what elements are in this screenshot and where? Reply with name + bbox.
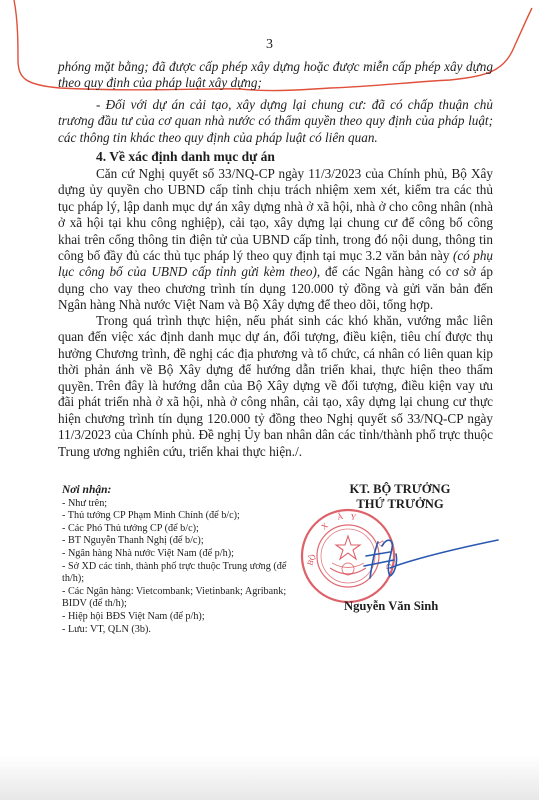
recipients-block: Nơi nhận: - Như trên; - Thủ tướng CP Phạ… [62,484,292,636]
section-4: 4. Về xác định danh mục dự án [58,149,493,165]
paragraph-3-text: Trên đây là hướng dẫn của Bộ Xây dựng về… [58,378,493,460]
renovation-item: - Đối với dự án cải tạo, xây dựng lại ch… [58,97,493,146]
recipient-item: - Sở XD các tỉnh, thành phố trực thuộc T… [62,561,292,586]
page-bottom-shadow [0,755,539,800]
handwritten-signature-icon [360,534,500,584]
recipient-item: - Như trên; [62,498,292,511]
section-heading: 4. Về xác định danh mục dự án [58,149,493,165]
paragraph-3: Trên đây là hướng dẫn của Bộ Xây dựng về… [58,378,493,460]
recipient-item: - Ngân hàng Nhà nước Việt Nam (để p/h); [62,548,292,561]
recipient-item: - Lưu: VT, QLN (3b). [62,624,292,637]
recipient-item: - Các Ngân hàng: Vietcombank; Vietinbank… [62,586,292,611]
continued-condition-text: phóng mặt bằng; đã được cấp phép xây dựn… [58,59,493,92]
svg-text:X: X [320,521,330,532]
paragraph-1: Căn cứ Nghị quyết số 33/NQ-CP ngày 11/3/… [58,166,493,314]
signer-name: Nguyễn Văn Sinh [344,599,438,614]
svg-text:Y: Y [350,512,357,522]
signature-title-line-1: KT. BỘ TRƯỞNG [300,482,500,497]
svg-text:BỘ: BỘ [304,553,317,567]
recipients-title: Nơi nhận: [62,484,292,497]
page-number: 3 [0,37,539,53]
recipient-item: - Các Phó Thủ tướng CP (để b/c); [62,523,292,536]
continued-text: phóng mặt bằng; đã được cấp phép xây dựn… [58,59,493,92]
svg-text:Â: Â [336,511,344,522]
recipient-item: - Hiệp hội BĐS Việt Nam (để p/h); [62,611,292,624]
paragraph-1-text-a: Căn cứ Nghị quyết số 33/NQ-CP ngày 11/3/… [58,166,493,263]
recipient-item: - Thủ tướng CP Phạm Minh Chính (để b/c); [62,510,292,523]
renovation-item-text: - Đối với dự án cải tạo, xây dựng lại ch… [58,97,493,146]
recipient-item: - BT Nguyễn Thanh Nghị (để b/c); [62,535,292,548]
signature-block: KT. BỘ TRƯỞNG THỨ TRƯỞNG BỘ X Â Y D G Ng… [300,482,539,622]
document-page: 3 phóng mặt bằng; đã được cấp phép xây d… [0,0,539,800]
